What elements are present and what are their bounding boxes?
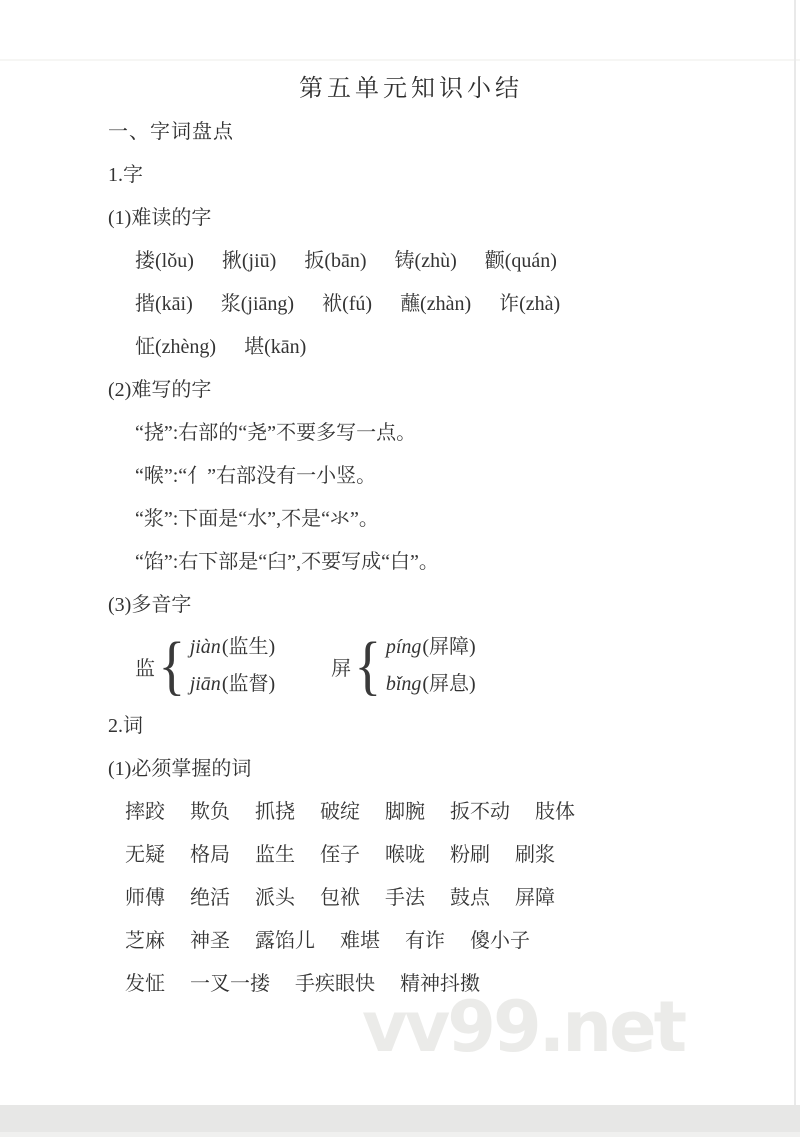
pinyin-text: bǐng — [386, 673, 422, 695]
polyphonic-readings: píng(屏障) bǐng(屏息) — [386, 629, 476, 703]
word-item: 铸(zhù) — [395, 240, 457, 283]
brace-icon: { — [355, 627, 382, 705]
word-item: 手法 — [385, 877, 425, 920]
example-word: (屏障) — [422, 636, 475, 658]
brace-icon: { — [158, 627, 185, 705]
document-page: 第五单元知识小结 一、字词盘点 1.字 (1)难读的字 搂(lǒu)揪(jiū)… — [0, 0, 800, 1137]
polyphonic-character: 监 — [135, 652, 155, 681]
heading-polyphonic-characters: (3)多音字 — [108, 584, 800, 627]
word-item: 神圣 — [190, 920, 230, 963]
writing-note: “馅”:右下部是“臼”,不要写成“白”。 — [135, 541, 800, 584]
writing-note: “浆”:下面是“水”,不是“氺”。 — [135, 498, 800, 541]
word-item: 刷浆 — [515, 834, 555, 877]
word-item: 无疑 — [125, 834, 165, 877]
word-item: 堪(kān) — [244, 326, 306, 369]
heading-difficult-write-characters: (2)难写的字 — [108, 369, 800, 412]
polyphonic-reading: píng(屏障) — [386, 629, 476, 666]
word-item: 监生 — [255, 834, 295, 877]
word-item: 抓挠 — [255, 791, 295, 834]
word-item: 格局 — [190, 834, 230, 877]
word-item: 粉刷 — [450, 834, 490, 877]
word-item: 芝麻 — [125, 920, 165, 963]
heading-difficult-read-characters: (1)难读的字 — [108, 197, 800, 240]
word-item: 摔跤 — [125, 791, 165, 834]
page-bottom-edge-light — [0, 1132, 800, 1137]
polyphonic-reading: jiān(监督) — [190, 666, 275, 703]
word-item: 袱(fú) — [322, 283, 372, 326]
pinyin-character-row: 怔(zhèng)堪(kān) — [135, 326, 800, 369]
subsection-heading-words: 2.词 — [108, 705, 800, 748]
polyphonic-readings: jiàn(监生) jiān(监督) — [190, 629, 275, 703]
word-item: 屏障 — [515, 877, 555, 920]
word-item: 蘸(zhàn) — [400, 283, 471, 326]
word-item: 有诈 — [405, 920, 445, 963]
example-word: (监督) — [222, 673, 275, 695]
word-item: 鼓点 — [450, 877, 490, 920]
polyphonic-reading: jiàn(监生) — [190, 629, 275, 666]
word-item: 脚腕 — [385, 791, 425, 834]
word-item: 扳(bān) — [304, 240, 366, 283]
pinyin-character-row: 搂(lǒu)揪(jiū)扳(bān)铸(zhù)颧(quán) — [135, 240, 800, 283]
word-item: 浆(jiāng) — [221, 283, 294, 326]
polyphonic-block: 监 { jiàn(监生) jiān(监督) 屏 { píng(屏障) bǐng(… — [135, 627, 800, 705]
writing-note: “喉”:“亻”右部没有一小竖。 — [135, 455, 800, 498]
polyphonic-group-ping: 屏 { píng(屏障) bǐng(屏息) — [331, 627, 476, 705]
word-item: 喉咙 — [385, 834, 425, 877]
word-item: 侄子 — [320, 834, 360, 877]
pinyin-text: píng — [386, 636, 422, 658]
word-item: 派头 — [255, 877, 295, 920]
word-item: 怔(zhèng) — [135, 326, 216, 369]
word-item: 诈(zhà) — [499, 283, 560, 326]
document-content: 一、字词盘点 1.字 (1)难读的字 搂(lǒu)揪(jiū)扳(bān)铸(z… — [0, 0, 800, 1006]
example-word: (监生) — [222, 636, 275, 658]
word-item: 绝活 — [190, 877, 230, 920]
example-word: (屏息) — [422, 673, 475, 695]
polyphonic-character: 屏 — [331, 652, 351, 681]
polyphonic-group-jian: 监 { jiàn(监生) jiān(监督) — [135, 627, 275, 705]
polyphonic-reading: bǐng(屏息) — [386, 666, 476, 703]
pinyin-text: jiān — [190, 673, 221, 695]
word-item: 揪(jiū) — [222, 240, 276, 283]
pinyin-text: jiàn — [190, 636, 221, 658]
word-item: 肢体 — [535, 791, 575, 834]
word-item: 揩(kāi) — [135, 283, 193, 326]
word-item: 露馅儿 — [255, 920, 315, 963]
word-row: 芝麻神圣露馅儿难堪有诈傻小子 — [125, 920, 800, 963]
word-item: 搂(lǒu) — [135, 240, 194, 283]
writing-note: “挠”:右部的“尧”不要多写一点。 — [135, 412, 800, 455]
page-bottom-edge — [0, 1105, 800, 1132]
word-item: 难堪 — [340, 920, 380, 963]
word-item: 欺负 — [190, 791, 230, 834]
section-heading-word-inventory: 一、字词盘点 — [108, 111, 800, 154]
word-item: 破绽 — [320, 791, 360, 834]
heading-must-master-words: (1)必须掌握的词 — [108, 748, 800, 791]
word-item: 包袱 — [320, 877, 360, 920]
word-row: 无疑格局监生侄子喉咙粉刷刷浆 — [125, 834, 800, 877]
word-row: 摔跤欺负抓挠破绽脚腕扳不动肢体 — [125, 791, 800, 834]
word-item: 师傅 — [125, 877, 165, 920]
pinyin-character-row: 揩(kāi)浆(jiāng)袱(fú)蘸(zhàn)诈(zhà) — [135, 283, 800, 326]
word-item: 傻小子 — [470, 920, 530, 963]
watermark: vv99.net — [362, 986, 684, 1068]
subsection-heading-characters: 1.字 — [108, 154, 800, 197]
word-item: 扳不动 — [450, 791, 510, 834]
word-item: 一叉一搂 — [190, 963, 270, 1006]
word-row: 师傅绝活派头包袱手法鼓点屏障 — [125, 877, 800, 920]
word-item: 发怔 — [125, 963, 165, 1006]
word-item: 颧(quán) — [485, 240, 557, 283]
